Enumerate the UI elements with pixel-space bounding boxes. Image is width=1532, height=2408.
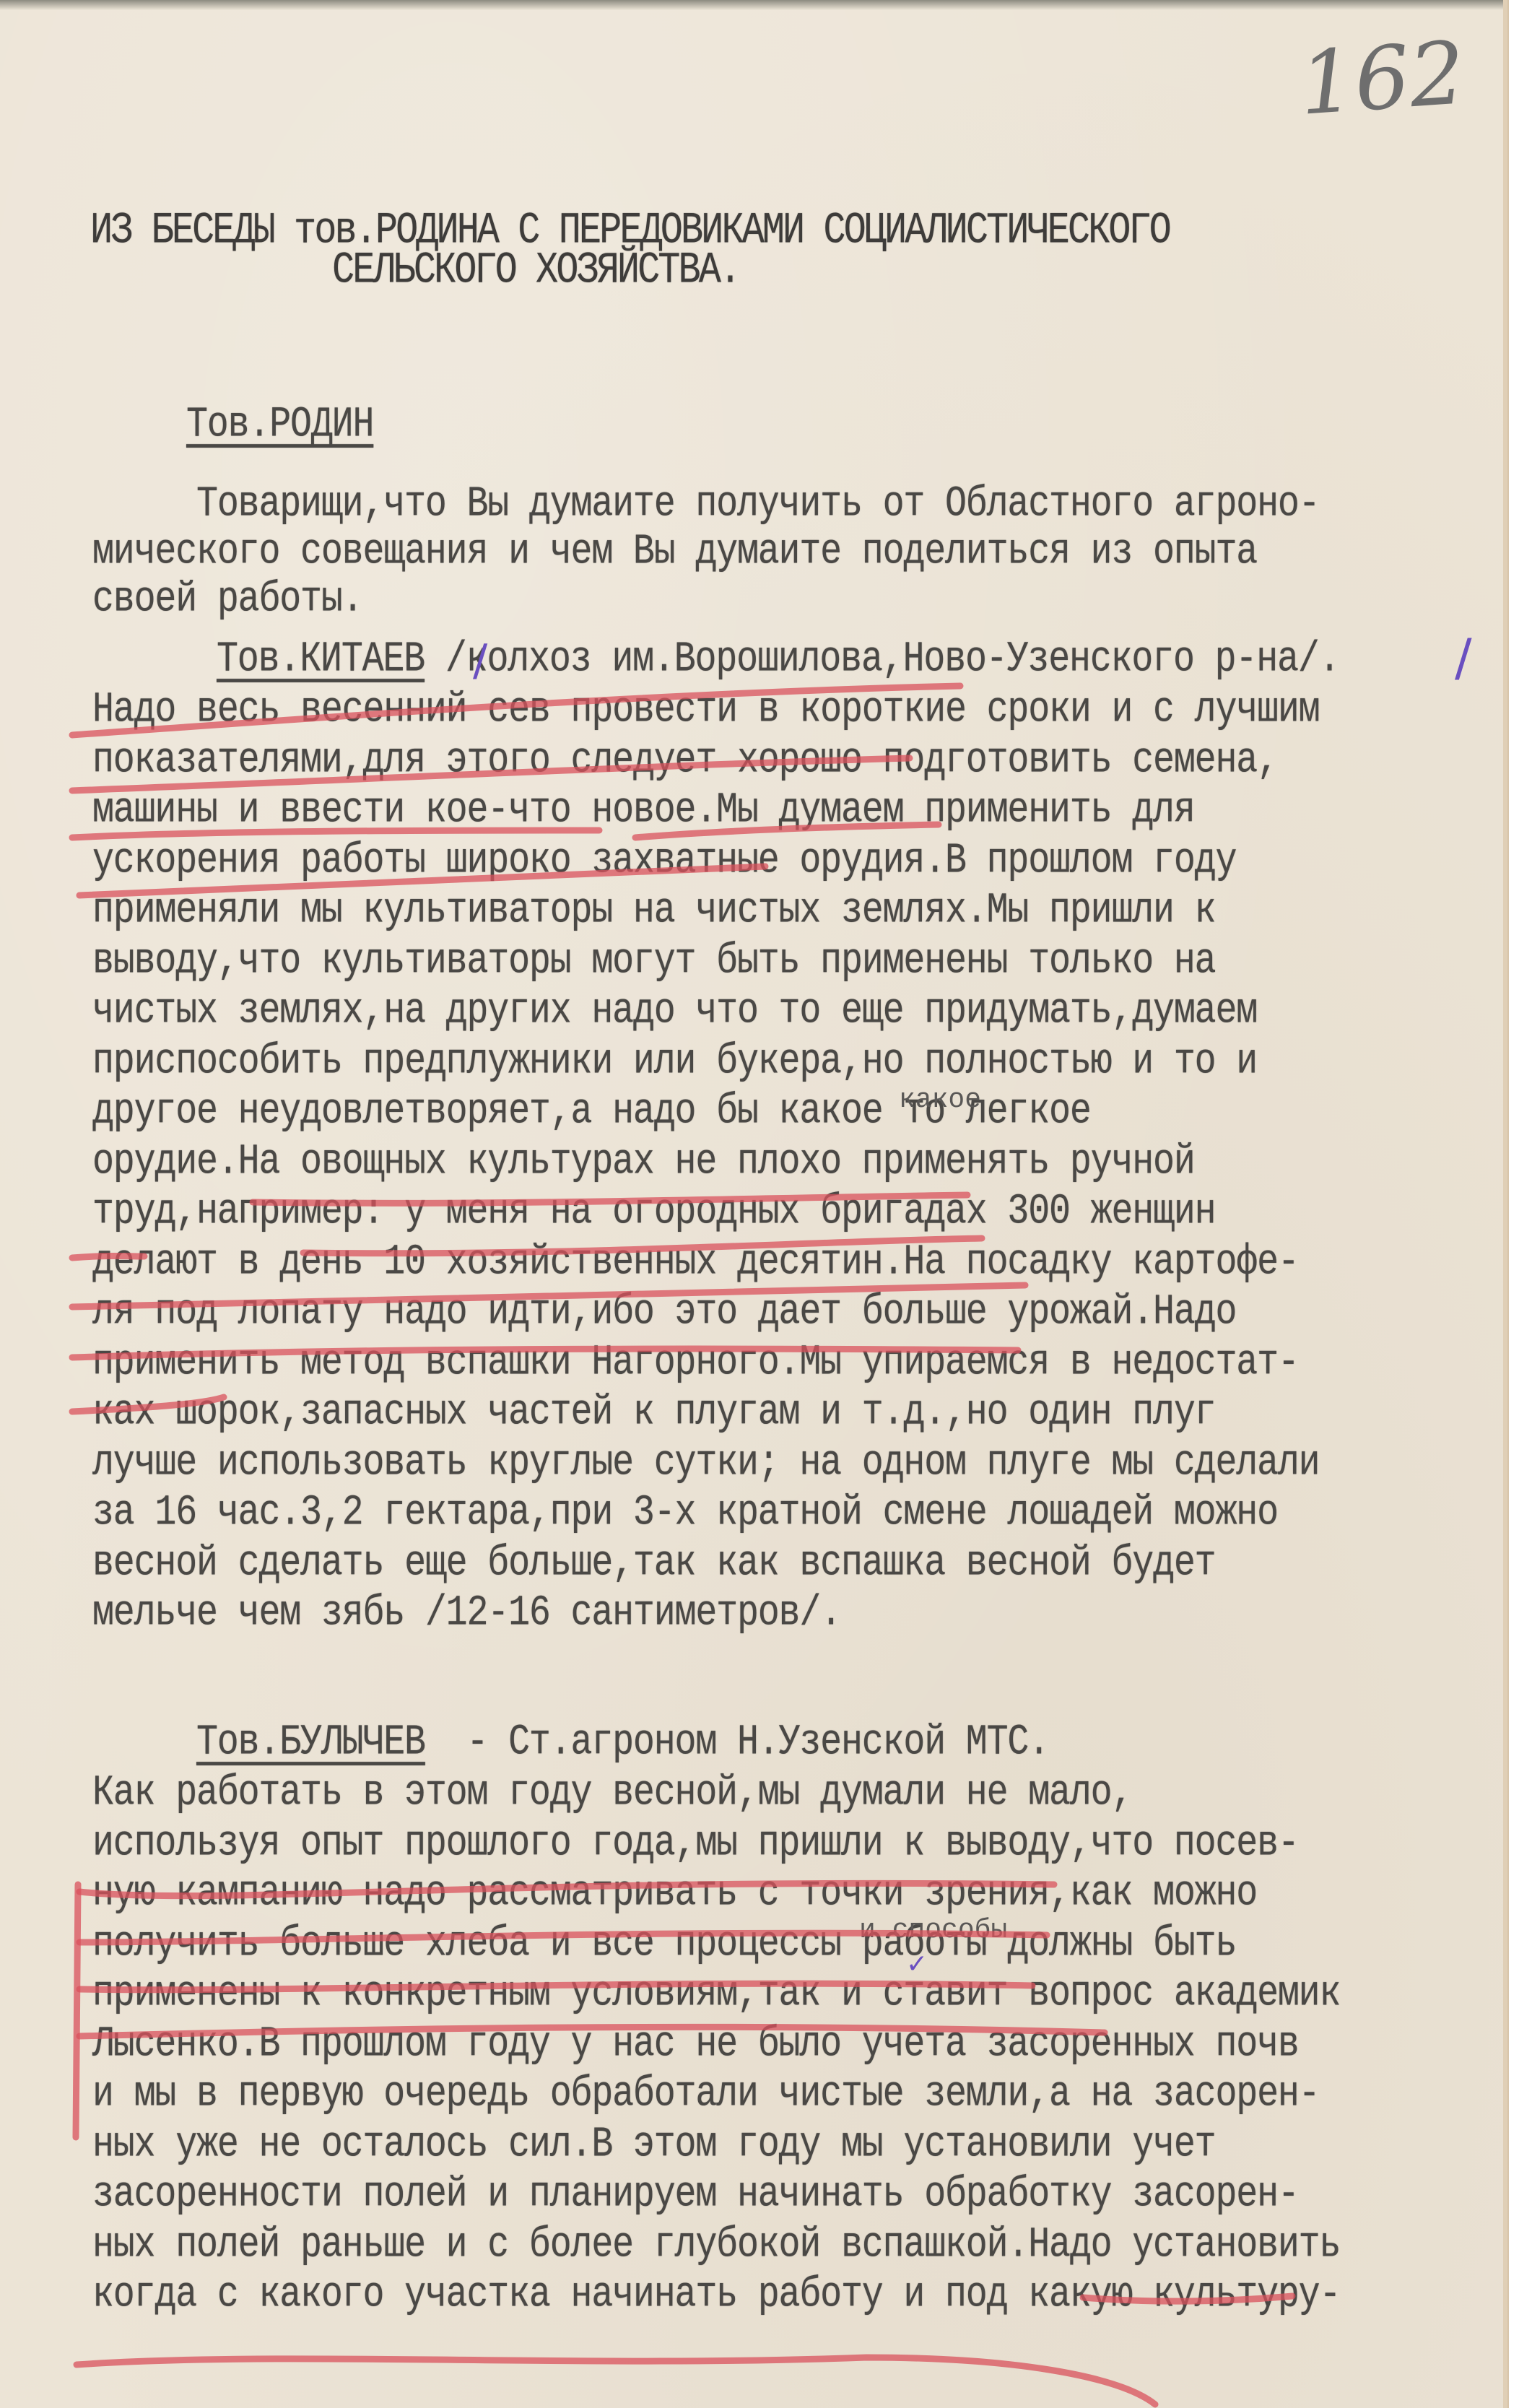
text-line: ную кампанию надо рассматривать с точки …	[92, 1869, 1257, 1918]
speaker-line-bulychev: Тов.БУЛЫЧЕВ - Ст.агроном Н.Узенской МТС.	[196, 1718, 1049, 1767]
text-line: показателями,для этого следует хорошо по…	[92, 736, 1278, 785]
text-line: делают в день 10 хозяйственных десятин.Н…	[92, 1238, 1299, 1287]
page-top-edge	[0, 0, 1503, 10]
text-line: ных уже не осталось сил.В этом году мы у…	[92, 2121, 1215, 2169]
text-line: ля под лопату надо идти,ибо это дает бол…	[92, 1288, 1236, 1336]
text-line: орудие.На овощных культурах не плохо при…	[92, 1138, 1195, 1186]
text-line: машины и ввести кое-что новое.Мы думаем …	[92, 786, 1195, 835]
text-line: применяли мы культиваторы на чистых земл…	[92, 887, 1215, 935]
text-line: Надо весь весенний сев провести в коротк…	[92, 686, 1320, 734]
speaker-bulychev: Тов.БУЛЫЧЕВ	[196, 1718, 425, 1767]
text-line: ускорения работы широко захватные орудия…	[92, 837, 1236, 885]
violet-check-mark: ✓	[906, 1950, 928, 1979]
speaker-kitaev: Тов.КИТАЕВ	[217, 635, 425, 684]
text-line: за 16 час.3,2 гектара,при 3-х кратной см…	[92, 1489, 1278, 1537]
text-line: весной сделать еще больше,так как вспашк…	[92, 1539, 1215, 1588]
text-line: приспособить предплужники или букера,но …	[92, 1038, 1257, 1086]
text-line: и мы в первую очередь обработали чистые …	[92, 2070, 1320, 2118]
document-title-line-2: СЕЛЬСКОГО ХОЗЯЙСТВА.	[332, 245, 739, 296]
text-line: лучше использовать круглые сутки; на одн…	[92, 1439, 1320, 1487]
text-line: применены к конкретным условиям,так и ст…	[92, 1970, 1340, 2018]
text-line: используя опыт прошлого года,мы пришли к…	[92, 1820, 1299, 1868]
document-page: 162 ИЗ БЕСЕДЫ тов.РОДИНА С ПЕРЕДОВИКАМИ …	[0, 0, 1507, 2408]
text-line: когда с какого участка начинать работу и…	[92, 2271, 1340, 2319]
text-line: получить больше хлеба и все процессы раб…	[92, 1920, 1236, 1968]
violet-slash-mark: /	[1455, 628, 1472, 687]
text-line: Как работать в этом году весной,мы думал…	[92, 1769, 1132, 1817]
text-line: чистых землях,на других надо что то еще …	[92, 987, 1257, 1035]
typed-insertion-kakoe: какое	[899, 1085, 981, 1116]
folio-number: 162	[1296, 23, 1468, 135]
text-line: труд,например: у меня на огородных брига…	[92, 1188, 1215, 1236]
text-line: своей работы.	[92, 575, 362, 624]
speaker-rodin: Тов.РОДИН	[186, 401, 373, 449]
speaker-note-kitaev: /колхоз им.Ворошилова,Ново-Узенского р-н…	[445, 635, 1340, 684]
text-line: засоренности полей и планируем начинать …	[92, 2170, 1299, 2219]
text-line: мического совещания и чем Вы думаите под…	[92, 528, 1257, 576]
text-line: мельче чем зябь /12-16 сантиметров/.	[92, 1589, 841, 1638]
typed-insertion-i-sposoby: и способы	[859, 1915, 1007, 1946]
speaker-line-kitaev: Тов.КИТАЕВ /колхоз им.Ворошилова,Ново-Уз…	[217, 635, 1340, 684]
violet-slash-mark: /	[473, 635, 487, 686]
text-line: ках шорок,запасных частей к плугам и т.д…	[92, 1388, 1215, 1437]
text-line: ных полей раньше и с более глубокой вспа…	[92, 2221, 1340, 2269]
text-line: Лысенко.В прошлом году у нас не было уче…	[92, 2020, 1299, 2069]
text-line: Товарищи,что Вы думаите получить от Обла…	[92, 480, 1320, 529]
text-line: применить метод вспашки Нагорного.Мы упи…	[92, 1339, 1299, 1387]
speaker-note-bulychev: - Ст.агроном Н.Узенской МТС.	[466, 1718, 1049, 1767]
text-line: выводу,что культиваторы могут быть приме…	[92, 937, 1215, 986]
